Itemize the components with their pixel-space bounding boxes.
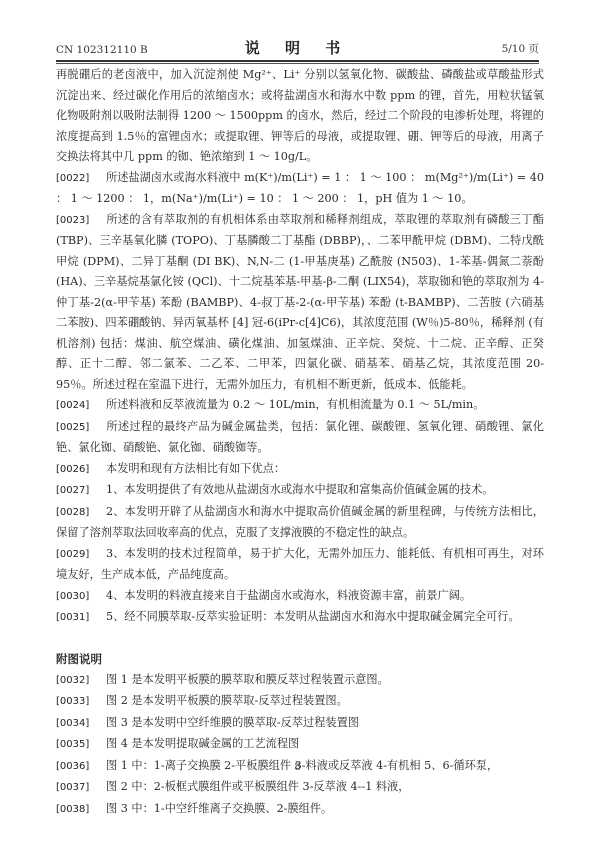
paragraph-text: 1、本发明提供了有效地从盐湖卤水或海水中提取和富集高价值碱金属的技术。 <box>106 483 494 496</box>
paragraph-text: 所述过程的最终产品为碱金属盐类，包括：氯化锂、碳酸锂、氢氧化锂、硝酸锂、氯化铯、… <box>56 420 544 455</box>
paragraph-0027: [0027]1、本发明提供了有效地从盐湖卤水或海水中提取和富集高价值碱金属的技术… <box>56 480 544 502</box>
paragraph-number: [0038] <box>56 800 106 821</box>
page-header: CN 102312110 B 说 明 书 5/10 页 <box>56 38 539 58</box>
paragraph-0032: [0032]图 1 是本发明平板膜的膜萃取和膜反萃过程装置示意图。 <box>56 670 544 692</box>
paragraph-number: [0027] <box>56 481 106 502</box>
paragraph-number: [0031] <box>56 608 106 629</box>
paragraph-0038: [0038]图 3 中：1-中空纤维离子交换膜、2-膜组件。 <box>56 799 544 821</box>
paragraph-0028: [0028]2、本发明开辟了从盐湖卤水和海水中提取高价值碱金属的新里程碑，与传统… <box>56 502 544 544</box>
paragraph-text: 2、本发明开辟了从盐湖卤水和海水中提取高价值碱金属的新里程碑，与传统方法相比，保… <box>56 505 544 540</box>
paragraph-text: 3、本发明的技术过程简单，易于扩大化，无需外加压力、能耗低、有机相可再生，对环境… <box>56 547 544 582</box>
paragraph-number: [0023] <box>56 211 106 232</box>
paragraph-continued: 再脱硼后的老卤液中，加入沉淀剂使 Mg²⁺、Li⁺ 分别以氢氧化物、碳酸盐、磷酸… <box>56 65 544 168</box>
paragraph-text: 图 2 中：2-板框式膜组件或平板膜组件 3-反萃液 4--1 料液， <box>106 780 409 793</box>
paragraph-0031: [0031]5、经不同膜萃取-反萃实验证明：本发明从盐湖卤水和海水中提取碱金属完… <box>56 607 544 629</box>
paragraph-number: [0024] <box>56 396 106 417</box>
paragraph-0035: [0035]图 4 是本发明提取碱金属的工艺流程图 <box>56 734 544 756</box>
paragraph-number: [0030] <box>56 587 106 608</box>
paragraph-number: [0029] <box>56 545 106 566</box>
paragraph-text: 图 3 中：1-中空纤维离子交换膜、2-膜组件。 <box>106 802 332 815</box>
page-number: 8 <box>0 762 595 773</box>
document-title: 说 明 书 <box>56 37 539 58</box>
paragraph-0029: [0029]3、本发明的技术过程简单，易于扩大化，无需外加压力、能耗低、有机相可… <box>56 544 544 586</box>
paragraph-0025: [0025]所述过程的最终产品为碱金属盐类，包括：氯化锂、碳酸锂、氢氧化锂、硝酸… <box>56 417 544 459</box>
paragraph-number: [0037] <box>56 778 106 799</box>
paragraph-text: 本发明和现有方法相比有如下优点： <box>106 462 285 475</box>
paragraph-0024: [0024]所述料液和反萃液流量为 0.2 ～ 10L/min，有机相流量为 0… <box>56 395 544 417</box>
paragraph-text: 图 1 是本发明平板膜的膜萃取和膜反萃过程装置示意图。 <box>106 673 389 686</box>
paragraph-number: [0028] <box>56 503 106 524</box>
paragraph-text: 图 2 是本发明平板膜的膜萃取-反萃过程装置图。 <box>106 694 348 707</box>
paragraph-text: 所述料液和反萃液流量为 0.2 ～ 10L/min，有机相流量为 0.1 ～ 5… <box>106 398 484 411</box>
paragraph-text: 图 3 是本发明中空纤维膜的膜萃取-反萃过程装置图 <box>106 716 359 729</box>
paragraph-number: [0033] <box>56 692 106 713</box>
document-body: 再脱硼后的老卤液中，加入沉淀剂使 Mg²⁺、Li⁺ 分别以氢氧化物、碳酸盐、磷酸… <box>56 65 544 820</box>
paragraph-number: [0025] <box>56 418 106 439</box>
paragraph-number: [0035] <box>56 735 106 756</box>
paragraph-number: [0034] <box>56 714 106 735</box>
paragraph-0022: [0022]所述盐湖卤水或海水料液中 m(K⁺)/m(Li⁺) = 1 ： 1 … <box>56 168 544 210</box>
paragraph-0026: [0026]本发明和现有方法相比有如下优点： <box>56 459 544 481</box>
header-rule-thick <box>56 60 539 62</box>
paragraph-number: [0026] <box>56 460 106 481</box>
paragraph-0034: [0034]图 3 是本发明中空纤维膜的膜萃取-反萃过程装置图 <box>56 713 544 735</box>
paragraph-number: [0022] <box>56 169 106 190</box>
page-indicator: 5/10 页 <box>502 41 539 56</box>
paragraph-text: 图 4 是本发明提取碱金属的工艺流程图 <box>106 737 299 750</box>
paragraph-text: 所述盐湖卤水或海水料液中 m(K⁺)/m(Li⁺) = 1 ： 1 ～ 100 … <box>56 171 544 206</box>
paragraph-0030: [0030]4、本发明的料液直接来自于盐湖卤水或海水，料液资源丰富，前景广阔。 <box>56 586 544 608</box>
paragraph-number: [0032] <box>56 671 106 692</box>
paragraph-0037: [0037]图 2 中：2-板框式膜组件或平板膜组件 3-反萃液 4--1 料液… <box>56 777 544 799</box>
paragraph-text: 5、经不同膜萃取-反萃实验证明：本发明从盐湖卤水和海水中提取碱金属完全可行。 <box>106 610 520 623</box>
section-title-figures: 附图说明 <box>56 649 544 670</box>
paragraph-text: 4、本发明的料液直接来自于盐湖卤水或海水，料液资源丰富，前景广阔。 <box>106 589 471 602</box>
header-rule-thin <box>56 63 539 64</box>
paragraph-0033: [0033]图 2 是本发明平板膜的膜萃取-反萃过程装置图。 <box>56 691 544 713</box>
paragraph-text: 所述的含有萃取剂的有机相体系由萃取剂和稀释剂组成，萃取锂的萃取剂有磷酸三丁酯 (… <box>56 213 544 391</box>
paragraph-0023: [0023]所述的含有萃取剂的有机相体系由萃取剂和稀释剂组成，萃取锂的萃取剂有磷… <box>56 210 544 396</box>
